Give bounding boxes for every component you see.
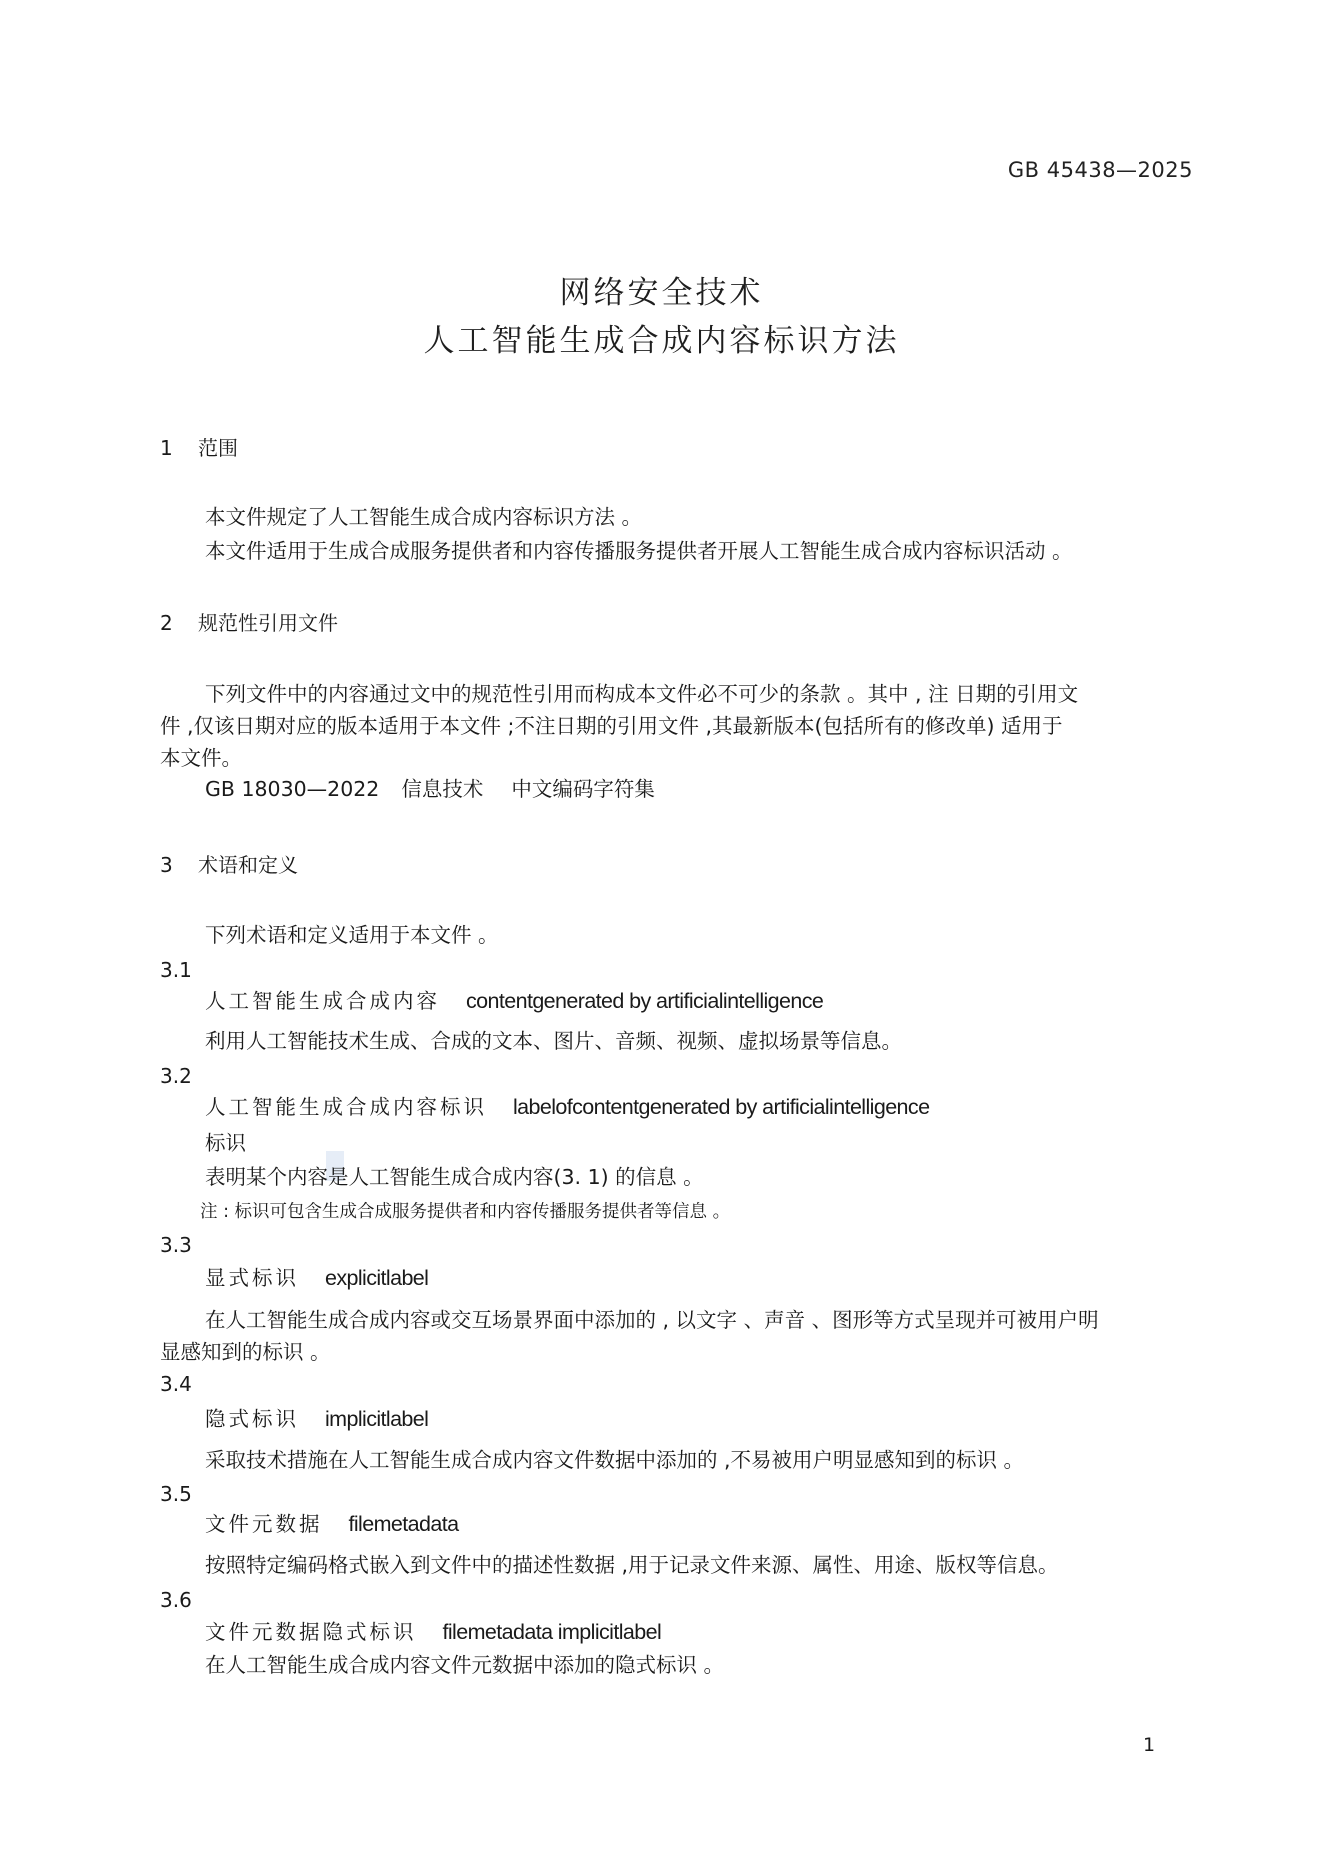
document-title-line1: 网络安全技术 [0, 278, 1323, 309]
term-english: filemetadata [349, 1512, 459, 1536]
normative-reference: GB 18030—2022信息技术中文编码字符集 [205, 779, 655, 800]
page-number: 1 [1143, 1736, 1155, 1755]
paragraph: 下列术语和定义适用于本文件 。 [205, 925, 499, 946]
term-entry: 隐式标识implicitlabel [205, 1409, 428, 1431]
paragraph-line: 本文件。 [160, 748, 242, 769]
term-entry: 显式标识explicitlabel [205, 1268, 428, 1290]
term-definition: 采取技术措施在人工智能生成合成内容文件数据中添加的 ,不易被用户明显感知到的标识… [205, 1450, 1024, 1471]
section-title: 规范性引用文件 [198, 611, 338, 635]
reference-code: GB 18030—2022 [205, 777, 379, 801]
term-definition: 按照特定编码格式嵌入到文件中的描述性数据 ,用于记录文件来源、属性、用途、版权等… [205, 1555, 1059, 1576]
clause-number: 3.3 [160, 1235, 192, 1255]
section-1-heading: 1范围 [160, 438, 238, 458]
clause-number: 3.2 [160, 1066, 192, 1086]
term-definition-line: 显感知到的标识 。 [160, 1342, 331, 1363]
section-number: 1 [160, 438, 198, 458]
document-title-line2: 人工智能生成合成内容标识方法 [0, 326, 1323, 357]
reference-title-part2: 中文编码字符集 [511, 777, 655, 801]
term-synonym: 标识 [205, 1133, 246, 1154]
section-3-heading: 3术语和定义 [160, 855, 298, 875]
section-title: 范围 [198, 436, 238, 460]
section-2-heading: 2规范性引用文件 [160, 613, 338, 633]
term-entry: 文件元数据隐式标识filemetadata implicitlabel [205, 1622, 661, 1644]
term-note: 注 : 标识可包含生成合成服务提供者和内容传播服务提供者等信息 。 [200, 1204, 730, 1222]
section-number: 2 [160, 613, 198, 633]
term-definition: 利用人工智能技术生成、合成的文本、图片、音频、视频、虚拟场景等信息。 [205, 1031, 902, 1052]
clause-number: 3.6 [160, 1590, 192, 1610]
paragraph-line: 件 ,仅该日期对应的版本适用于本文件 ;不注日期的引用文件 ,其最新版本(包括所… [160, 716, 1063, 737]
term-entry: 人工智能生成合成内容contentgenerated by artificial… [205, 991, 823, 1013]
section-title: 术语和定义 [198, 853, 298, 877]
term-english: explicitlabel [325, 1266, 428, 1290]
paragraph: 本文件规定了人工智能生成合成内容标识方法 。 [205, 507, 642, 528]
paragraph: 本文件适用于生成合成服务提供者和内容传播服务提供者开展人工智能生成合成内容标识活… [205, 541, 1073, 562]
reference-title-part1: 信息技术 [401, 777, 483, 801]
term-definition: 表明某个内容是人工智能生成合成内容(3. 1) 的信息 。 [205, 1167, 704, 1188]
term-english: implicitlabel [325, 1407, 428, 1431]
term-chinese: 文件元数据 [205, 1512, 323, 1536]
term-english: labelofcontentgenerated by artificialint… [513, 1095, 929, 1119]
term-chinese: 人工智能生成合成内容 [205, 989, 440, 1013]
term-english: contentgenerated by artificialintelligen… [466, 989, 823, 1013]
term-definition-line: 在人工智能生成合成内容或交互场景界面中添加的 , 以文字 、声音 、图形等方式呈… [205, 1310, 1099, 1331]
term-definition: 在人工智能生成合成内容文件元数据中添加的隐式标识 。 [205, 1655, 724, 1676]
term-chinese: 隐式标识 [205, 1407, 299, 1431]
term-chinese: 显式标识 [205, 1266, 299, 1290]
term-entry: 文件元数据filemetadata [205, 1514, 458, 1536]
section-number: 3 [160, 855, 198, 875]
clause-number: 3.4 [160, 1374, 192, 1394]
standard-number: GB 45438—2025 [1008, 160, 1193, 181]
term-chinese: 人工智能生成合成内容标识 [205, 1095, 487, 1119]
clause-number: 3.1 [160, 960, 192, 980]
term-entry: 人工智能生成合成内容标识labelofcontentgenerated by a… [205, 1097, 929, 1119]
paragraph-line: 下列文件中的内容通过文中的规范性引用而构成本文件必不可少的条款 。其中 , 注 … [205, 684, 1078, 705]
term-chinese: 文件元数据隐式标识 [205, 1620, 417, 1644]
clause-number: 3.5 [160, 1484, 192, 1504]
term-english: filemetadata implicitlabel [443, 1620, 662, 1644]
